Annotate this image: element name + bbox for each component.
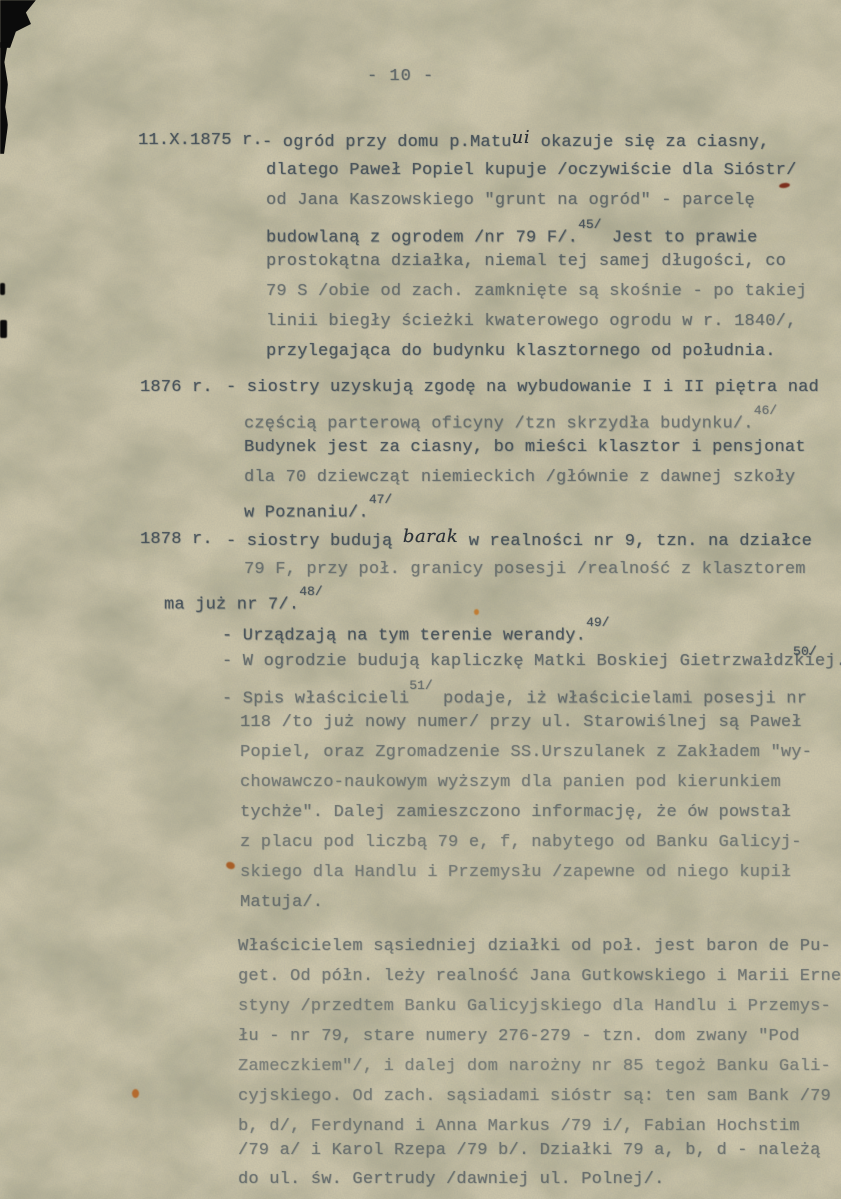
typed-line: - W ogrodzie budują kapliczkę Matki Bosk… xyxy=(222,651,841,673)
handwritten-word: ui xyxy=(512,127,531,148)
typed-line: w Poznaniu/.47/ xyxy=(244,496,392,525)
date-label: 1878 r. xyxy=(140,529,213,551)
typed-line: styny /przedtem Banku Galicyjskiego dla … xyxy=(238,996,831,1018)
typed-line: 50/ xyxy=(793,641,817,663)
typed-line: linii biegły ścieżki kwaterowego ogrodu … xyxy=(266,311,797,333)
typed-line: - Urządzają na tym terenie werandy.49/ xyxy=(222,619,609,648)
typed-line: częścią parterową oficyny /tzn skrzydła … xyxy=(244,407,777,436)
typed-line: przylegająca do budynku klasztornego od … xyxy=(266,341,776,363)
typed-line: - siostry uzyskują zgodę na wybudowanie … xyxy=(226,377,819,399)
handwritten-word: barak xyxy=(403,526,459,547)
typed-line: - Spis właścicieli51/ podaje, iż właścic… xyxy=(222,682,807,711)
page-number: - 10 - xyxy=(367,66,434,88)
typed-line: z placu pod liczbą 79 e, f, nabytego od … xyxy=(240,832,802,854)
typed-line: Popiel, oraz Zgromadzenie SS.Urszulanek … xyxy=(240,742,812,764)
typed-line: b, d/, Ferdynand i Anna Markus /79 i/, F… xyxy=(238,1116,800,1138)
date-label: 1876 r. xyxy=(140,377,213,399)
typed-line: do ul. św. Gertrudy /dawniej ul. Polnej/… xyxy=(238,1169,664,1191)
footnote-ref: 47/ xyxy=(369,492,392,507)
typed-line: dla 70 dziewcząt niemieckich /głównie z … xyxy=(244,467,795,489)
typed-line: chowawczo-naukowym wyższym dla panien po… xyxy=(240,772,781,794)
typed-line: ma już nr 7/.48/ xyxy=(164,588,323,617)
typed-line: Matuja/. xyxy=(240,892,323,914)
typed-line: - ogród przy domu p.Matuui okazuje się z… xyxy=(262,130,769,154)
typed-line: Właścicielem sąsiedniej działki od poł. … xyxy=(238,936,831,958)
typed-line: Budynek jest za ciasny, bo mieści klaszt… xyxy=(244,437,806,459)
typed-line: budowlaną z ogrodem /nr 79 F/.45/ Jest t… xyxy=(266,221,758,250)
typed-line: prostokątna działka, niemal tej samej dł… xyxy=(266,251,786,273)
typed-line: dlatego Paweł Popiel kupuje /oczywiście … xyxy=(266,160,797,182)
typed-line: tychże". Dalej zamieszczono informację, … xyxy=(240,802,791,824)
typed-line: od Jana Kaszowskiego "grunt na ogród" - … xyxy=(266,190,755,212)
typed-line: 79 F, przy poł. granicy posesji /realnoś… xyxy=(244,559,806,581)
typed-line: get. Od półn. leży realność Jana Gutkows… xyxy=(238,966,841,988)
typed-line: łu - nr 79, stare numery 276-279 - tzn. … xyxy=(238,1026,800,1048)
scanned-document-page: - 10 - 11.X.1875 r.- ogród przy domu p.M… xyxy=(0,0,841,1199)
typed-line: 118 /to już nowy numer/ przy ul. Starowi… xyxy=(240,712,802,734)
typed-line: Zameczkiem"/, i dalej dom narożny nr 85 … xyxy=(238,1056,831,1078)
footnote-ref: 49/ xyxy=(586,615,609,630)
footnote-ref: 45/ xyxy=(578,217,601,232)
footnote-ref: 46/ xyxy=(754,403,777,418)
typed-line: cyjskiego. Od zach. sąsiadami sióstr są:… xyxy=(238,1086,831,1108)
footnote-ref: 48/ xyxy=(299,584,322,599)
typed-line: 79 S /obie od zach. zamknięte są skośnie… xyxy=(266,281,807,303)
text-layer: - 10 - 11.X.1875 r.- ogród przy domu p.M… xyxy=(0,0,841,1199)
footnote-ref: 51/ xyxy=(409,678,432,693)
typed-line: /79 a/ i Karol Rzepa /79 b/. Działki 79 … xyxy=(238,1140,821,1162)
typed-line: skiego dla Handlu i Przemysłu /zapewne o… xyxy=(240,862,791,884)
typed-line: - siostry budują barak w realności nr 9,… xyxy=(226,529,812,553)
date-label: 11.X.1875 r. xyxy=(138,130,263,152)
